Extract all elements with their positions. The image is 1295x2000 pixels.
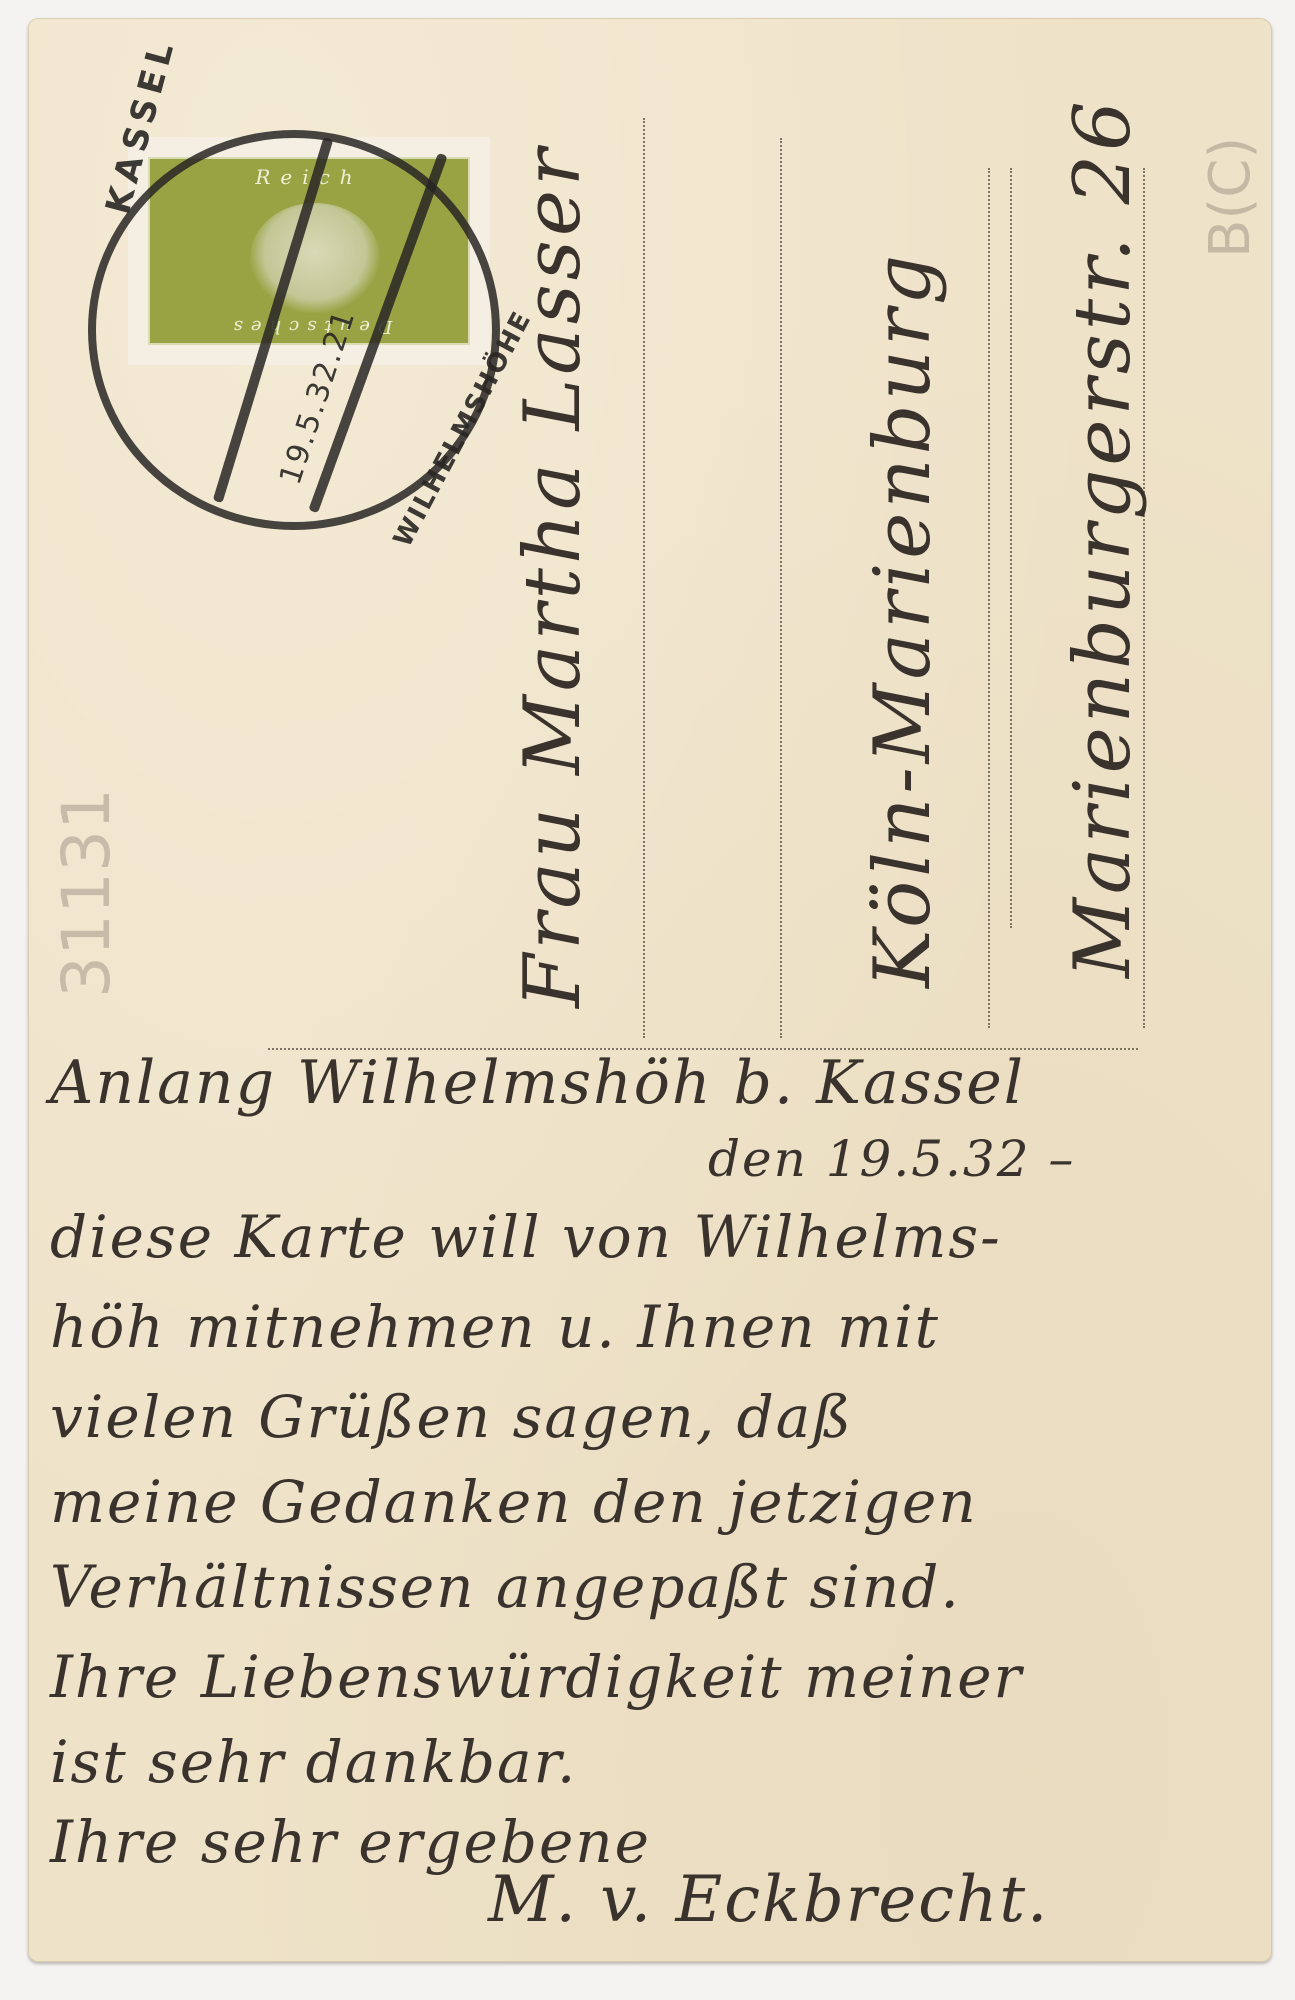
divider-line <box>780 138 782 1038</box>
pencil-note-left: 31131 <box>48 788 125 998</box>
address-line-street: Marienburgerstr. 26 <box>1058 97 1148 978</box>
address-line-city: Köln-Marienburg <box>858 251 948 988</box>
message-line-8: Ihre Liebenswürdigkeit meiner <box>50 1643 1023 1711</box>
address-guide-line-2 <box>988 168 990 1028</box>
message-line-2: den 19.5.32 – <box>708 1130 1075 1188</box>
postcard-back: 31131 B(C) Reich Deutsches KASSEL 19.5.3… <box>28 18 1272 1962</box>
message-line-5: vielen Grüßen sagen, daß <box>50 1383 853 1451</box>
address-guide-line-1 <box>643 118 645 1038</box>
message-line-9: ist sehr dankbar. <box>50 1728 577 1796</box>
message-line-4: höh mitnehmen u. Ihnen mit <box>50 1293 940 1361</box>
pencil-note-right: B(C) <box>1198 137 1263 258</box>
message-line-6: meine Gedanken den jetzigen <box>50 1468 978 1536</box>
address-guide-line-3 <box>1010 168 1012 928</box>
signature: M. v. Eckbrecht. <box>488 1863 1049 1937</box>
message-line-7: Verhältnissen angepaßt sind. <box>50 1553 961 1621</box>
message-line-1: Anlang Wilhelmshöh b. Kassel <box>50 1048 1025 1118</box>
message-line-3: diese Karte will von Wilhelms- <box>50 1203 1002 1271</box>
address-line-recipient: Frau Martha Lasser <box>508 145 598 1008</box>
